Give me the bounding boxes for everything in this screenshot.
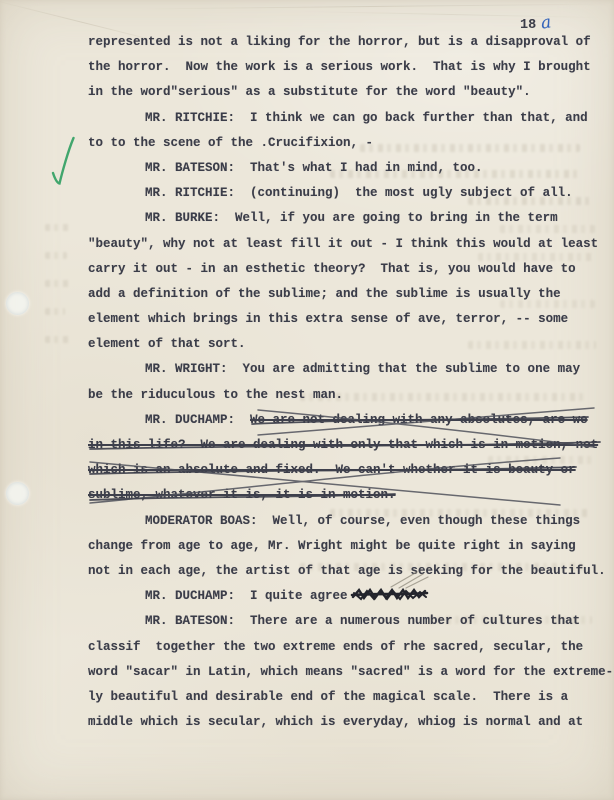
text-line: in this life? We are dealing with only t… xyxy=(88,433,610,458)
text-line: word "sacar" in Latin, which means "sacr… xyxy=(88,660,610,685)
speaker-label: MR. DUCHAMP: xyxy=(145,413,250,427)
text-line: element of that sort. xyxy=(88,332,610,357)
line-text: not in each age, the artist of that age … xyxy=(88,564,606,578)
scanned-transcript-page: 18a represented is not a liking for the … xyxy=(0,0,614,800)
text-line: middle which is secular, which is everyd… xyxy=(88,710,610,735)
text-line: be the riduculous to the nest man. xyxy=(88,383,610,408)
text-line: MR. DUCHAMP: We are not dealing with any… xyxy=(88,408,610,433)
bleedthrough-ghost-text xyxy=(45,336,69,343)
struck-text: We are not dealing with any absolutes, a… xyxy=(250,413,588,427)
struck-text: in this life? We are dealing with only t… xyxy=(88,438,598,452)
text-line: represented is not a liking for the horr… xyxy=(88,30,610,55)
text-line: "beauty", why not at least fill it out -… xyxy=(88,232,610,257)
text-line: MR. BURKE: Well, if you are going to bri… xyxy=(88,206,610,231)
punch-hole xyxy=(6,292,29,315)
green-checkmark-annotation xyxy=(44,130,80,190)
line-text: the horror. Now the work is a serious wo… xyxy=(88,60,591,74)
typed-text: represented is not a liking for the horr… xyxy=(88,30,610,735)
line-text: in the word"serious" as a substitute for… xyxy=(88,85,531,99)
text-line: MR. RITCHIE: I think we can go back furt… xyxy=(88,106,610,131)
text-line: the horror. Now the work is a serious wo… xyxy=(88,55,610,80)
line-text: MR. BATESON: That's what I had in mind, … xyxy=(145,161,483,175)
text-line: MR. BATESON: There are a numerous number… xyxy=(88,609,610,634)
line-text: MR. RITCHIE: (continuing) the most ugly … xyxy=(145,186,573,200)
text-line: MR. WRIGHT: You are admitting that the s… xyxy=(88,357,610,382)
line-text: change from age to age, Mr. Wright might… xyxy=(88,539,576,553)
line-text: carry it out - in an esthetic theory? Th… xyxy=(88,262,576,276)
text-line: element which brings in this extra sense… xyxy=(88,307,610,332)
text-line: MODERATOR BOAS: Well, of course, even th… xyxy=(88,509,610,534)
line-text: be the riduculous to the nest man. xyxy=(88,388,343,402)
line-text: middle which is secular, which is everyd… xyxy=(88,715,583,729)
text-line: which is an absolute and fixed. We can't… xyxy=(88,458,610,483)
line-text: MR. WRIGHT: You are admitting that the s… xyxy=(145,362,580,376)
text-line: classif together the two extreme ends of… xyxy=(88,635,610,660)
paper-crease xyxy=(300,11,600,18)
bleedthrough-ghost-text xyxy=(45,280,69,287)
pen-scribble xyxy=(351,585,429,603)
line-text: element of that sort. xyxy=(88,337,246,351)
text-line: ly beautiful and desirable end of the ma… xyxy=(88,685,610,710)
line-text: ly beautiful and desirable end of the ma… xyxy=(88,690,568,704)
line-text: element which brings in this extra sense… xyxy=(88,312,568,326)
line-text: MR. BATESON: There are a numerous number… xyxy=(145,614,580,628)
text-line: to to the scene of the .Crucifixion, - xyxy=(88,131,610,156)
line-text: to to the scene of the .Crucifixion, - xyxy=(88,136,373,150)
text-line: carry it out - in an esthetic theory? Th… xyxy=(88,257,610,282)
text-line: MR. BATESON: That's what I had in mind, … xyxy=(88,156,610,181)
line-text: MR. RITCHIE: I think we can go back furt… xyxy=(145,111,588,125)
bleedthrough-ghost-text xyxy=(45,252,67,259)
line-text: MR. DUCHAMP: I quite agree xyxy=(145,589,348,603)
line-text: word "sacar" in Latin, which means "sacr… xyxy=(88,665,613,679)
bleedthrough-ghost-text xyxy=(45,308,65,315)
text-line: change from age to age, Mr. Wright might… xyxy=(88,534,610,559)
paper-crease xyxy=(140,4,610,10)
text-line: not in each age, the artist of that age … xyxy=(88,559,610,584)
text-line: MR. RITCHIE: (continuing) the most ugly … xyxy=(88,181,610,206)
line-text: MODERATOR BOAS: Well, of course, even th… xyxy=(145,514,580,528)
line-text: represented is not a liking for the horr… xyxy=(88,35,591,49)
line-text: MR. BURKE: Well, if you are going to bri… xyxy=(145,211,558,225)
line-text: add a definition of the sublime; and the… xyxy=(88,287,561,301)
struck-text: which is an absolute and fixed. We can't… xyxy=(88,463,576,477)
text-line: MR. DUCHAMP: I quite agree xyxy=(88,584,610,609)
struck-text: sublime, whatever it is, it is in motion… xyxy=(88,488,396,502)
text-line: in the word"serious" as a substitute for… xyxy=(88,80,610,105)
text-line: sublime, whatever it is, it is in motion… xyxy=(88,483,610,508)
line-text: "beauty", why not at least fill it out -… xyxy=(88,237,598,251)
text-line: add a definition of the sublime; and the… xyxy=(88,282,610,307)
punch-hole xyxy=(6,482,29,505)
bleedthrough-ghost-text xyxy=(45,224,69,231)
line-text: classif together the two extreme ends of… xyxy=(88,640,583,654)
